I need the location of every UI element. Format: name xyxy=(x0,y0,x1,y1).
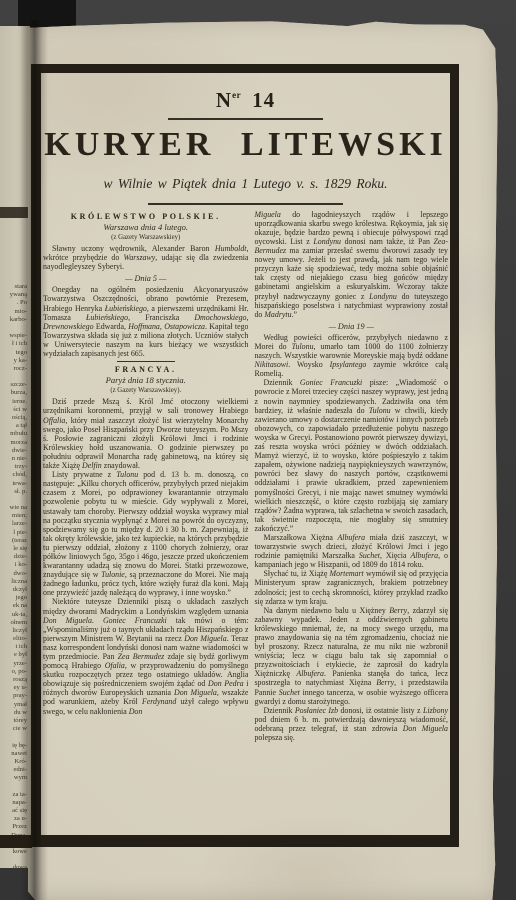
masthead-rule-top xyxy=(168,118,323,120)
prev-page-text-fragment: ł i ich xyxy=(1,340,27,348)
prev-page-text-fragment: liczna xyxy=(1,578,27,586)
prev-page-text-fragment: (teraz xyxy=(1,537,27,545)
body-columns: KRÓLEWSTWO POLSKIE.Warszawa dnia 4 luteg… xyxy=(43,210,448,810)
page-content: Ner14 KURYER LITEWSKI w Wilnie w Piątek … xyxy=(41,73,450,835)
issue-number: Ner14 xyxy=(43,88,448,113)
prev-page-text-fragment: napa- xyxy=(1,799,27,807)
prev-page-text-fragment: iewa- xyxy=(1,480,27,488)
prev-page-text-fragment: ek na xyxy=(1,602,27,610)
right-column: Miguela do łagodnieyszych rządów i lepsz… xyxy=(254,210,448,810)
prev-page-text-fragment: nawet xyxy=(1,750,27,758)
previous-page-frame-rule xyxy=(0,207,30,218)
article-paragraph: Słychać tu, iż Xiążę Mortemart wymówił s… xyxy=(254,569,448,605)
newspaper-page: Ner14 KURYER LITEWSKI w Wilnie w Piątek … xyxy=(28,20,498,900)
prev-page-text-fragment: wym xyxy=(1,774,27,782)
prev-page-text-fragment: n nie- xyxy=(1,455,27,463)
prev-page-text-fragment: t ich xyxy=(1,643,27,651)
dateline-day: — Dnia 19 — xyxy=(254,322,448,331)
prev-page-text-fragment: ierne. xyxy=(1,398,27,406)
prev-page-text-fragment: karbo- xyxy=(1,316,27,324)
prev-page-text-fragment: ością, xyxy=(1,414,27,422)
section-heading: KRÓLEWSTWO POLSKIE. xyxy=(43,212,248,221)
printed-frame: Ner14 KURYER LITEWSKI w Wilnie w Piątek … xyxy=(31,64,459,847)
prev-page-text-fragment: ści w xyxy=(1,406,27,414)
prev-page-text-fragment: cie w xyxy=(1,725,27,733)
source-credit: (z Gazety Warszawskiey). xyxy=(43,386,248,395)
prev-page-text-fragment: rocz- xyxy=(1,365,27,373)
section-rule xyxy=(117,361,175,362)
dateline-place: Warszawa dnia 4 lutego. xyxy=(43,223,248,232)
prev-page-text-fragment: sł. p. xyxy=(1,488,27,496)
prev-page-text-fragment: ywaną xyxy=(1,291,27,299)
prev-page-text-fragment: dzie- xyxy=(1,553,27,561)
prev-page-text-fragment: o, po- xyxy=(1,668,27,676)
prev-page-text-fragment: liczył xyxy=(1,627,27,635)
prev-page-text-fragment: dczył xyxy=(1,586,27,594)
prev-page-text-fragment: du w xyxy=(1,709,27,717)
article-paragraph: Sławny uczony wędrownik, Alexander Baron… xyxy=(43,244,248,271)
prev-page-text-fragment: larze- xyxy=(1,520,27,528)
prev-page-text-fragment: ię bę- xyxy=(1,742,27,750)
prev-page-fragments: staraywaną. Pomio-karbo- wspie-ł i ichte… xyxy=(1,283,27,869)
article-paragraph: Dziennik Posłaniec Izb donosi, iż ostatn… xyxy=(254,706,448,742)
prev-page-text-fragment: uk-ta, xyxy=(1,611,27,619)
dateline-place: Paryż dnia 18 stycznia. xyxy=(43,376,248,385)
masthead-dateline: w Wilnie w Piątek dnia 1 Lutego v. s. 18… xyxy=(43,176,448,192)
prev-page-text-fragment: Przez xyxy=(1,823,27,831)
prev-page-text-fragment: burza, xyxy=(1,389,27,397)
prev-page-text-fragment: wie na xyxy=(1,504,27,512)
prev-page-text-fragment: dwo- xyxy=(1,570,27,578)
article-paragraph: Marszałkowa Xiężna Albufera miała dziś z… xyxy=(254,533,448,569)
prev-page-text-fragment xyxy=(1,373,27,381)
prev-page-text-fragment: szcze- xyxy=(1,381,27,389)
dateline-day: — Dnia 5 — xyxy=(43,274,248,283)
article-paragraph: Dziś przede Mszą ś. Król Jmć otoczony wi… xyxy=(43,397,248,470)
issue-superscript: er xyxy=(232,90,241,100)
article-paragraph: Onegday na ogólném posiedzeniu Akcyonary… xyxy=(43,285,248,358)
prev-page-text-fragment: trzy- xyxy=(1,463,27,471)
prev-page-text-fragment: i ko- xyxy=(1,561,27,569)
prev-page-text-fragment: jego xyxy=(1,594,27,602)
issue-value: 14 xyxy=(252,88,275,112)
prev-page-text-fragment: ać się xyxy=(1,807,27,815)
masthead-rule-bottom xyxy=(148,203,343,205)
prev-page-text-fragment: edni- xyxy=(1,766,27,774)
article-paragraph: Na danym niedawno balu u Xiężney Berry, … xyxy=(254,606,448,706)
prev-page-text-fragment: Kró- xyxy=(1,758,27,766)
prev-page-text-fragment xyxy=(1,324,27,332)
prev-page-text-fragment: e był xyxy=(1,651,27,659)
prev-page-text-fragment: . Po xyxy=(1,299,27,307)
prev-page-text-fragment xyxy=(1,782,27,790)
article-paragraph: Dziennik Goniec Francuzki pisze: „Wiadom… xyxy=(254,378,448,533)
masthead-title: KURYER LITEWSKI xyxy=(43,127,448,163)
prev-page-text-fragment: mio- xyxy=(1,308,27,316)
prev-page-text-fragment: mien; xyxy=(1,512,27,520)
article-paragraph: Niektóre tuteysze Dzienniki piszą o ukła… xyxy=(43,597,248,715)
prev-page-text-fragment: roszą xyxy=(1,676,27,684)
prev-page-text-fragment: kowe xyxy=(1,848,27,856)
left-column: KRÓLEWSTWO POLSKIE.Warszawa dnia 4 luteg… xyxy=(43,210,248,810)
prev-page-text-fragment xyxy=(1,856,27,864)
prev-page-text-fragment: dwie- xyxy=(1,447,27,455)
prev-page-text-fragment: pray- xyxy=(1,692,27,700)
prev-page-text-fragment xyxy=(1,496,27,504)
prev-page-text-fragment: ołnem xyxy=(1,619,27,627)
section-heading: FRANCYA. xyxy=(43,365,248,374)
prev-page-text-fragment: chód, xyxy=(1,471,27,479)
prev-page-text-fragment: za u- xyxy=(1,815,27,823)
prev-page-text-fragment: ymał xyxy=(1,701,27,709)
article-paragraph: Według powieści officerów, przybyłych ni… xyxy=(254,333,448,378)
previous-page-edge: staraywaną. Pomio-karbo- wspie-ł i ichte… xyxy=(0,26,30,868)
prev-page-text-fragment: y ka- xyxy=(1,357,27,365)
prev-page-text-fragment xyxy=(1,733,27,741)
source-credit: (z Gazety Warszawskiey) xyxy=(43,233,248,242)
prev-page-text-fragment: morza xyxy=(1,439,27,447)
prev-page-text-fragment: a tął xyxy=(1,422,27,430)
prev-page-text-fragment: le się xyxy=(1,545,27,553)
prev-page-text-fragment: ey u- xyxy=(1,684,27,692)
prev-page-text-fragment: stara xyxy=(1,283,27,291)
prev-page-text-fragment: yrze- xyxy=(1,660,27,668)
prev-page-text-fragment: elito- xyxy=(1,635,27,643)
prev-page-text-fragment: tego xyxy=(1,349,27,357)
newspaper-scan: staraywaną. Pomio-karbo- wspie-ł i ichte… xyxy=(0,0,516,900)
issue-prefix: N xyxy=(216,88,232,112)
prev-page-text-fragment: za ta- xyxy=(1,791,27,799)
prev-page-text-fragment: l pie- xyxy=(1,529,27,537)
prev-page-text-fragment: wspie- xyxy=(1,332,27,340)
bottom-rule-extension xyxy=(0,835,32,848)
prev-page-text-fragment: dowa xyxy=(1,864,27,869)
prev-page-text-fragment: mbułu xyxy=(1,430,27,438)
prev-page-text-fragment: tórey xyxy=(1,717,27,725)
article-paragraph: Miguela do łagodnieyszych rządów i lepsz… xyxy=(254,210,448,319)
article-paragraph: Listy prywatne z Tulonu pod d. 13 b. m. … xyxy=(43,470,248,597)
